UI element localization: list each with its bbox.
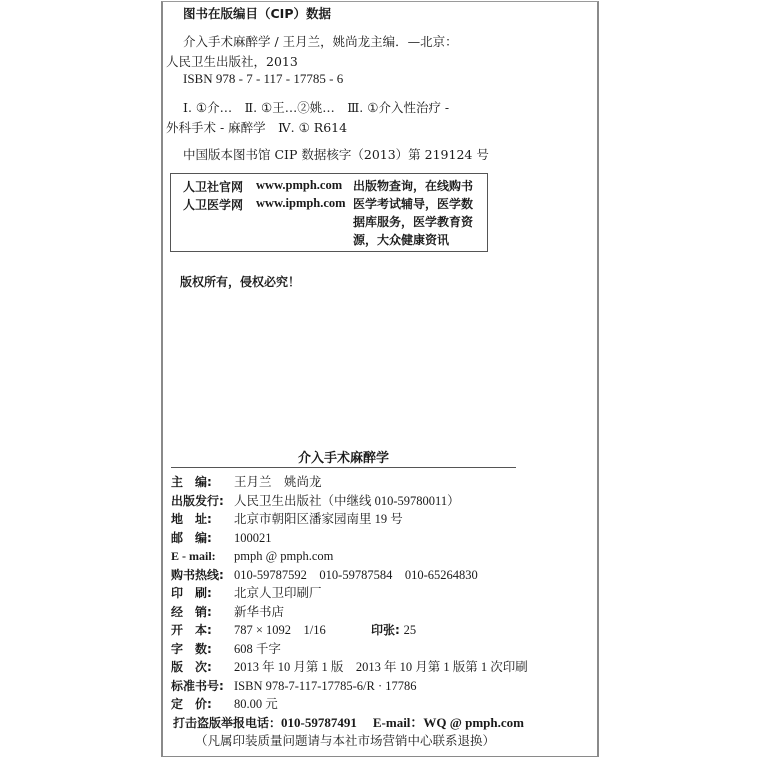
cip-heading: 图书在版编目（CIP）数据 bbox=[183, 4, 331, 22]
info-row-postcode: 邮编:100021 bbox=[171, 529, 591, 548]
piracy-email[interactable]: WQ @ pmph.com bbox=[423, 715, 524, 730]
copyright-page: 图书在版编目（CIP）数据 介入手术麻醉学 / 王月兰，姚尚龙主编．—北京： 人… bbox=[161, 1, 599, 757]
website-name: 人卫社官网 bbox=[183, 178, 243, 195]
info-row-distributor: 经销:新华书店 bbox=[171, 603, 591, 622]
website-description: 出版物查询，在线购书医学考试辅导，医学数据库服务，医学教育资源，大众健康资讯 bbox=[353, 177, 483, 249]
info-row-hotline: 购书热线:010-59787592 010-59787584 010-65264… bbox=[171, 566, 591, 585]
copyright-notice: 版权所有，侵权必究！ bbox=[180, 273, 300, 290]
website-url[interactable]: www.ipmph.com bbox=[256, 196, 346, 211]
piracy-phone: 010-59787491 bbox=[281, 715, 357, 730]
cip-classification-1: Ⅰ. ①介… Ⅱ. ①王…②姚… Ⅲ. ①介入性治疗 - bbox=[183, 98, 449, 116]
website-url[interactable]: www.pmph.com bbox=[256, 178, 342, 193]
piracy-report-line: 打击盗版举报电话：010-59787491E-mail：WQ @ pmph.co… bbox=[173, 712, 524, 731]
cip-line-2: 人民卫生出版社，2013 bbox=[166, 52, 298, 70]
info-row-price: 定价:80.00 元 bbox=[171, 695, 591, 714]
book-title: 介入手术麻醉学 bbox=[171, 447, 516, 466]
return-notice: （凡属印装质量问题请与本社市场营销中心联系退换） bbox=[195, 731, 495, 749]
info-row-address: 地址:北京市朝阳区潘家园南里 19 号 bbox=[171, 510, 591, 529]
website-info-box: 人卫社官网 www.pmph.com 人卫医学网 www.ipmph.com 出… bbox=[170, 173, 488, 252]
info-row-format: 开本:787 × 1092 1/16 印张: 25 bbox=[171, 621, 591, 640]
info-row-publisher: 出版发行:人民卫生出版社（中继线 010-59780011） bbox=[171, 492, 591, 511]
info-row-email: E - mail:pmph @ pmph.com bbox=[171, 547, 591, 566]
cip-isbn: ISBN 978 - 7 - 117 - 17785 - 6 bbox=[183, 71, 343, 87]
cip-classification-2: 外科手术 - 麻醉学 Ⅳ. ① R614 bbox=[166, 118, 347, 136]
info-row-printer: 印刷:北京人卫印刷厂 bbox=[171, 584, 591, 603]
info-row-editor: 主编:王月兰 姚尚龙 bbox=[171, 473, 591, 492]
colophon-info: 主编:王月兰 姚尚龙 出版发行:人民卫生出版社（中继线 010-59780011… bbox=[171, 473, 591, 714]
title-divider bbox=[171, 467, 516, 468]
cip-line-1: 介入手术麻醉学 / 王月兰，姚尚龙主编．—北京： bbox=[183, 32, 458, 50]
sheets-field: 印张: 25 bbox=[371, 621, 416, 640]
info-row-isbn: 标准书号:ISBN 978-7-117-17785-6/R · 17786 bbox=[171, 677, 591, 696]
info-row-wordcount: 字数:608 千字 bbox=[171, 640, 591, 659]
website-name: 人卫医学网 bbox=[183, 196, 243, 213]
info-row-edition: 版次:2013 年 10 月第 1 版 2013 年 10 月第 1 版第 1 … bbox=[171, 658, 591, 677]
cip-record-number: 中国版本图书馆 CIP 数据核字（2013）第 219124 号 bbox=[183, 145, 489, 163]
